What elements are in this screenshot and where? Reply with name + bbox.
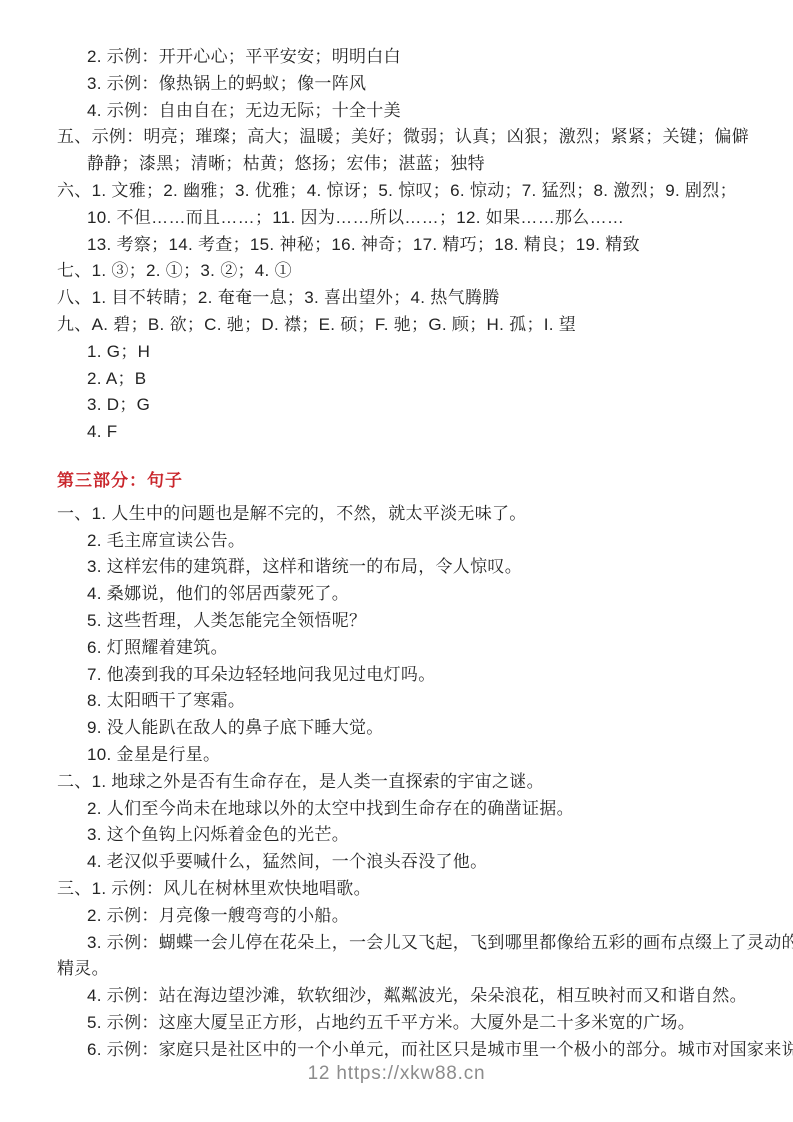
answer-line: 2. 人们至今尚未在地球以外的太空中找到生命存在的确凿证据。 bbox=[0, 796, 793, 823]
page-footer: 12 https://xkw88.cn bbox=[0, 1062, 793, 1086]
answer-line: 4. 示例：站在海边望沙滩，软软细沙，粼粼波光，朵朵浪花，相互映衬而又和谐自然。 bbox=[0, 983, 793, 1010]
answer-line: 三、1. 示例：风儿在树林里欢快地唱歌。 bbox=[0, 876, 793, 903]
answer-line: 七、1. ③；2. ①；3. ②；4. ① bbox=[0, 258, 793, 285]
answer-sheet-page: 2. 示例：开开心心；平平安安；明明白白3. 示例：像热锅上的蚂蚁；像一阵风4.… bbox=[0, 0, 793, 1122]
page-number: 12 bbox=[308, 1063, 331, 1084]
answer-line: 二、1. 地球之外是否有生命存在，是人类一直探索的宇宙之谜。 bbox=[0, 769, 793, 796]
answer-line: 精灵。 bbox=[0, 956, 793, 983]
answer-line: 4. F bbox=[0, 419, 793, 446]
answer-line: 九、A. 碧；B. 欲；C. 驰；D. 襟；E. 硕；F. 驰；G. 顾；H. … bbox=[0, 312, 793, 339]
answer-line: 3. 示例：蝴蝶一会儿停在花朵上，一会儿又飞起，飞到哪里都像给五彩的画布点缀上了… bbox=[0, 930, 793, 957]
answer-line: 3. 这个鱼钩上闪烁着金色的光芒。 bbox=[0, 822, 793, 849]
answer-line: 6. 灯照耀着建筑。 bbox=[0, 635, 793, 662]
answer-line: 6. 示例：家庭只是社区中的一个小单元，而社区只是城市里一个极小的部分。城市对国… bbox=[0, 1037, 793, 1064]
answer-line: 3. 这样宏伟的建筑群，这样和谐统一的布局，令人惊叹。 bbox=[0, 554, 793, 581]
answer-line: 3. 示例：像热锅上的蚂蚁；像一阵风 bbox=[0, 71, 793, 98]
answer-line: 5. 这些哲理，人类怎能完全领悟呢？ bbox=[0, 608, 793, 635]
answer-line: 1. G；H bbox=[0, 339, 793, 366]
answer-line: 六、1. 文雅；2. 幽雅；3. 优雅；4. 惊讶；5. 惊叹；6. 惊动；7.… bbox=[0, 178, 793, 205]
section-header: 第三部分：句子 bbox=[0, 468, 793, 495]
answer-line: 3. D；G bbox=[0, 392, 793, 419]
answer-line: 4. 示例：自由自在；无边无际；十全十美 bbox=[0, 98, 793, 125]
answer-line: 2. 示例：开开心心；平平安安；明明白白 bbox=[0, 44, 793, 71]
answer-line: 5. 示例：这座大厦呈正方形，占地约五千平方米。大厦外是二十多米宽的广场。 bbox=[0, 1010, 793, 1037]
answer-line: 2. 示例：月亮像一艘弯弯的小船。 bbox=[0, 903, 793, 930]
watermark-url: https://xkw88.cn bbox=[336, 1063, 485, 1084]
answer-line: 2. 毛主席宣读公告。 bbox=[0, 528, 793, 555]
answer-line: 13. 考察；14. 考查；15. 神秘；16. 神奇；17. 精巧；18. 精… bbox=[0, 232, 793, 259]
answer-line: 7. 他凑到我的耳朵边轻轻地问我见过电灯吗。 bbox=[0, 662, 793, 689]
answer-line: 9. 没人能趴在敌人的鼻子底下睡大觉。 bbox=[0, 715, 793, 742]
answer-line: 八、1. 目不转睛；2. 奄奄一息；3. 喜出望外；4. 热气腾腾 bbox=[0, 285, 793, 312]
answer-line: 10. 金星是行星。 bbox=[0, 742, 793, 769]
answer-line: 五、示例：明亮；璀璨；高大；温暖；美好；微弱；认真；凶狠；激烈；紧紧；关键；偏僻 bbox=[0, 124, 793, 151]
answer-line: 静静；漆黑；清晰；枯黄；悠扬；宏伟；湛蓝；独特 bbox=[0, 151, 793, 178]
document-lines: 2. 示例：开开心心；平平安安；明明白白3. 示例：像热锅上的蚂蚁；像一阵风4.… bbox=[0, 44, 793, 1063]
answer-line: 4. 老汉似乎要喊什么，猛然间，一个浪头吞没了他。 bbox=[0, 849, 793, 876]
answer-line: 4. 桑娜说，他们的邻居西蒙死了。 bbox=[0, 581, 793, 608]
answer-line: 2. A；B bbox=[0, 366, 793, 393]
answer-line: 10. 不但……而且……；11. 因为……所以……；12. 如果……那么…… bbox=[0, 205, 793, 232]
answer-line: 一、1. 人生中的问题也是解不完的，不然，就太平淡无味了。 bbox=[0, 501, 793, 528]
answer-line: 8. 太阳晒干了寒霜。 bbox=[0, 688, 793, 715]
